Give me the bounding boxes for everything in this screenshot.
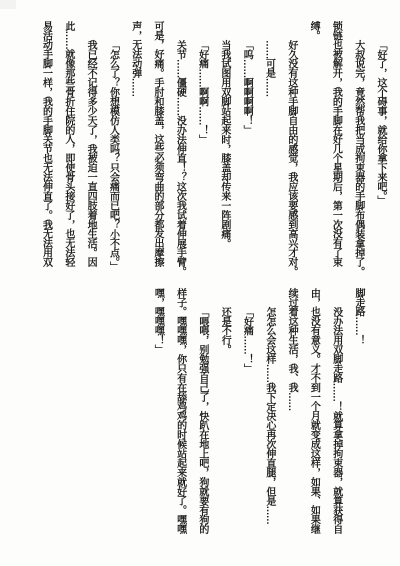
text-column: 当我试图用双脚站起来时，膝盖却传来一阵剧痛。 <box>213 21 235 279</box>
text-column: 由，也没有意义。才不到一个月就变成这样，如果、如果继 <box>302 288 324 546</box>
text-column: 锁链也被解开，我的手脚在好几个星期后，第一次没有了束 <box>324 21 346 279</box>
text-column: 易活动手脚一样，我的手脚关节也无法伸直了。我无法用双 <box>34 21 56 279</box>
text-band-bottom: 脚走路……！没办法用双脚走路……！就算拿掉拘束器，就算获得自由，也没有意义。才不… <box>146 288 369 546</box>
text-column: 「好了，这个碍事，就给你拿下来吧。」 <box>369 21 391 279</box>
text-column: 续过着这种生活，我、我…… <box>280 288 302 546</box>
text-column: 此……就像那些骨折住院的人，即使骨头接好了，也无法轻 <box>57 21 79 279</box>
text-column: 脚走路……！ <box>347 288 369 546</box>
scan-artifact <box>0 0 16 9</box>
text-column: 「喂喂，别勉强自己了，快趴在地上吧，狗就要有狗的 <box>191 288 213 546</box>
text-column: 「呜……啊啊啊啊！」 <box>235 21 257 279</box>
novel-page: 「好了，这个碍事，就给你拿下来吧。」大叔说完，竟然帮我把当成拘束器的手脚布偶装拿… <box>0 0 400 566</box>
text-column: 「好痛……！」 <box>235 288 257 546</box>
text-column: 可是，好痛。手肘和膝盖，这些必须弯曲的部分都发出摩擦 <box>146 21 168 279</box>
text-column: 「好痛……啊啊……！」 <box>190 21 212 279</box>
text-column: 关节……僵硬……没办法伸直！？这次我试着伸展手臂。 <box>168 21 190 279</box>
text-column: 我已经不记得多少天了，我被迫一直四肢着地生活。因 <box>79 21 101 279</box>
text-band-top: 「好了，这个碍事，就给你拿下来吧。」大叔说完，竟然帮我把当成拘束器的手脚布偶装拿… <box>34 21 391 279</box>
text-column: 「怎么了？你想模仿人类吗？只会痛而已吧？小不点。」 <box>101 21 123 279</box>
text-column: 缚。 <box>302 21 324 279</box>
text-column: 样子。嘿嘿嘿，你只有在舔鸡鸡的时候站起来就好了。嘿嘿 <box>168 288 190 546</box>
text-column: ……可是…… <box>257 21 279 279</box>
text-column: 大叔说完，竟然帮我把当成拘束器的手脚布偶装拿掉了。 <box>346 21 368 279</box>
text-column: 没办法用双脚走路……！就算拿掉拘束器，就算获得自 <box>324 288 346 546</box>
text-column: 怎怎么会这样……我下定决心再次伸直腿，但是…… <box>258 288 280 546</box>
text-column: 还是不行。 <box>213 288 235 546</box>
text-column: 嘿，嘿嘿嘿！」 <box>146 288 168 546</box>
text-column: 好久没有这种手脚自由的感觉，我应该要感到高兴才对。 <box>280 21 302 279</box>
text-column: 声，无法动弹…… <box>123 21 145 279</box>
